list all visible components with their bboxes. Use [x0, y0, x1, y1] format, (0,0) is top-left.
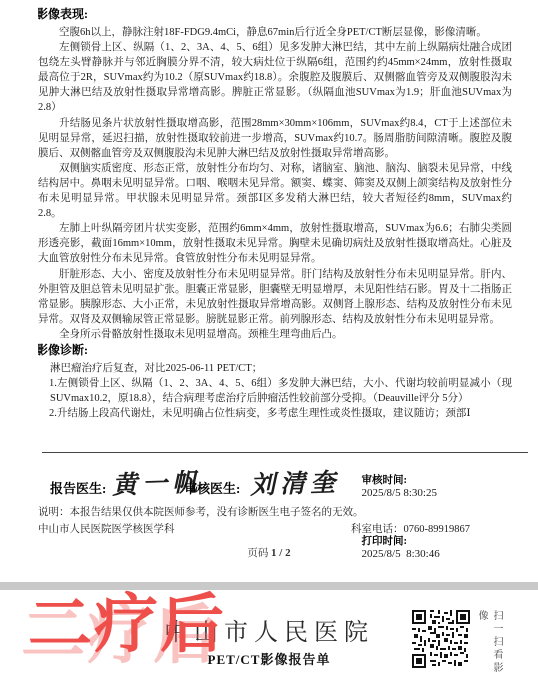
- disclaimer-note: 说明：本报告结果仅供本院医师参考，没有诊断医生电子签名的无效。: [38, 504, 364, 519]
- department-name: 中山市人民医院医学核医学科: [38, 524, 175, 535]
- review-time-label: 审核时间:: [362, 475, 408, 486]
- review-doctor-signature: 刘清奎: [249, 462, 340, 501]
- red-stamp-text: 二疗后: [28, 592, 226, 656]
- findings-paragraph: 肝脏形态、大小、密度及放射性分布未见明显异常。肝门结构及放射性分布未见明显异常。…: [38, 267, 512, 327]
- review-doctor-label: 审核医生:: [184, 478, 240, 497]
- department-phone: 科室电话：0760-89919867: [351, 521, 470, 536]
- review-time-value: 2025/8/5 8:30:25: [362, 487, 437, 499]
- department-row: 中山市人民医院医学核医学科 科室电话：0760-89919867: [38, 521, 470, 536]
- findings-paragraph: 左侧锁骨上区、纵隔（1、2、3A、4、5、6组）见多发肿大淋巴结，其中左前上纵隔…: [38, 40, 512, 115]
- diagnosis-heading: 影像诊断:: [38, 342, 512, 359]
- diagnosis-block: 淋巴瘤治疗后复查，对比2025-06-11 PET/CT； 1.左侧锁骨上区、纵…: [38, 361, 512, 421]
- findings-paragraph: 全身所示骨骼放射性摄取未见明显增高。颈椎生理弯曲后凸。: [38, 327, 512, 342]
- qr-code-block: 扫一扫看影像: [412, 608, 496, 678]
- qr-caption: 扫一扫看影像: [474, 610, 504, 676]
- diagnosis-item: 2.升结肠上段高代谢灶，未见明确占位性病变，多考虑生理性或炎性摄取，建议随访；颈…: [50, 406, 512, 421]
- page-number-value: 1 / 2: [271, 547, 291, 559]
- findings-paragraph: 空腹6h以上，静脉注射18F-FDG9.4mCi，静息67min后行近全身PET…: [38, 25, 512, 40]
- findings-paragraph: 双侧脑实质密度、形态正常，放射性分布均匀、对称，诸脑室、脑池、脑沟、脑裂未见异常…: [38, 161, 512, 221]
- findings-paragraph: 升结肠见条片状放射性摄取增高影，范围28mm×30mm×106mm，SUVmax…: [38, 116, 512, 161]
- diagnosis-intro: 淋巴瘤治疗后复查，对比2025-06-11 PET/CT；: [50, 361, 512, 376]
- review-time-row: 审核时间: 2025/8/5 8:30:25: [345, 460, 515, 511]
- page-number: 页码 1 / 2: [0, 545, 538, 560]
- report-doctor-label: 报告医生:: [50, 478, 106, 497]
- findings-heading: 影像表现:: [38, 6, 512, 23]
- findings-paragraph: 左肺上叶纵隔旁团片状实变影，范围约6mm×4mm，放射性摄取增高，SUVmax为…: [38, 221, 512, 266]
- letterhead-footer: 二疗后 中山市人民医院 PET/CT影像报告单: [0, 590, 538, 683]
- diagnosis-item: 1.左侧锁骨上区、纵隔（1、2、3A、4、5、6组）多发肿大淋巴结，大小、代谢均…: [50, 376, 512, 406]
- signature-divider-line: [42, 452, 528, 453]
- report-body: 影像表现: 空腹6h以上，静脉注射18F-FDG9.4mCi，静息67min后行…: [38, 6, 512, 452]
- petct-report-page: 影像表现: 空腹6h以上，静脉注射18F-FDG9.4mCi，静息67min后行…: [0, 0, 538, 683]
- qr-code-icon: [412, 608, 470, 670]
